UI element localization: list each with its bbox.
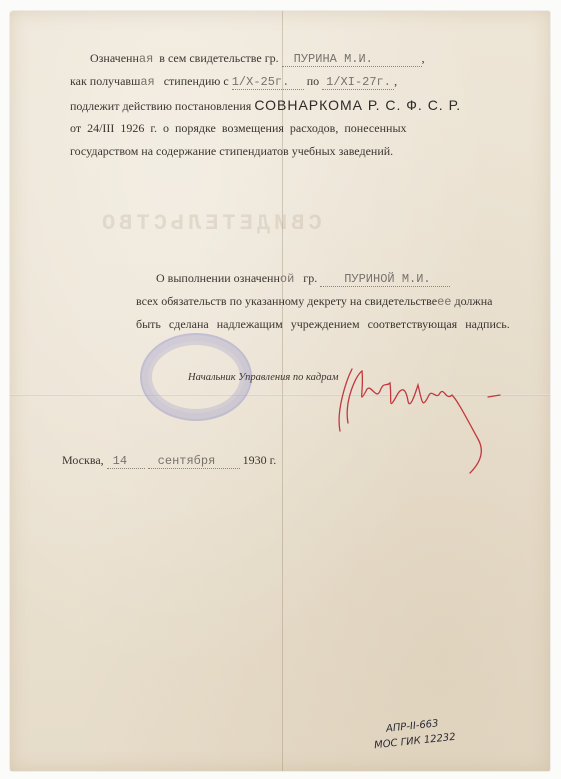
paragraph1-line2: как получавшая стипендию с 1/X-25г. по 1… xyxy=(70,74,397,90)
date-from: 1/X-25г. xyxy=(232,75,290,89)
date-to: 1/XI-27г. xyxy=(322,75,391,89)
bleed-through-heading: СВИДЕТЕЛЬСТВО xyxy=(98,211,322,236)
place-date-line: Москва, 14 сентября 1930 г. xyxy=(62,453,276,469)
document-page: СВИДЕТЕЛЬСТВО Означенная в сем свидетель… xyxy=(10,11,550,771)
month: сентября xyxy=(148,454,216,468)
sovnarkom-heading: СОВНАРКОМА Р. С. Ф. С. Р. xyxy=(254,97,461,113)
paragraph2-line1: О выполнении означенной гр. ПУРИНОЙ М.И. xyxy=(156,271,450,287)
signature-icon xyxy=(318,361,518,481)
day: 14 xyxy=(107,454,127,468)
archive-mark-1: АПР-II-663 xyxy=(386,718,439,734)
paragraph2-line2: всех обязательств по указанному декрету … xyxy=(136,294,492,309)
paragraph1-line3: подлежит действию постановления СОВНАРКО… xyxy=(70,97,461,114)
paragraph2-line3: быть сделана надлежащим учреждением соот… xyxy=(136,317,510,332)
year: 1930 г. xyxy=(243,453,277,467)
paragraph1-line4: от 24/III 1926 г. о порядке возмещения р… xyxy=(70,121,407,136)
city: Москва, xyxy=(62,453,104,467)
recipient-name-genitive: ПУРИНОЙ М.И. xyxy=(320,272,430,286)
paragraph1-line1: Означенная в сем свидетельстве гр. ПУРИН… xyxy=(90,51,425,67)
recipient-name: ПУРИНА М.И. xyxy=(282,52,373,66)
paragraph1-line5: государством на содержание стипендиатов … xyxy=(70,144,393,159)
gender-ending: ая xyxy=(139,52,153,66)
signatory-title: Начальник Управления по кадрам xyxy=(188,372,338,383)
